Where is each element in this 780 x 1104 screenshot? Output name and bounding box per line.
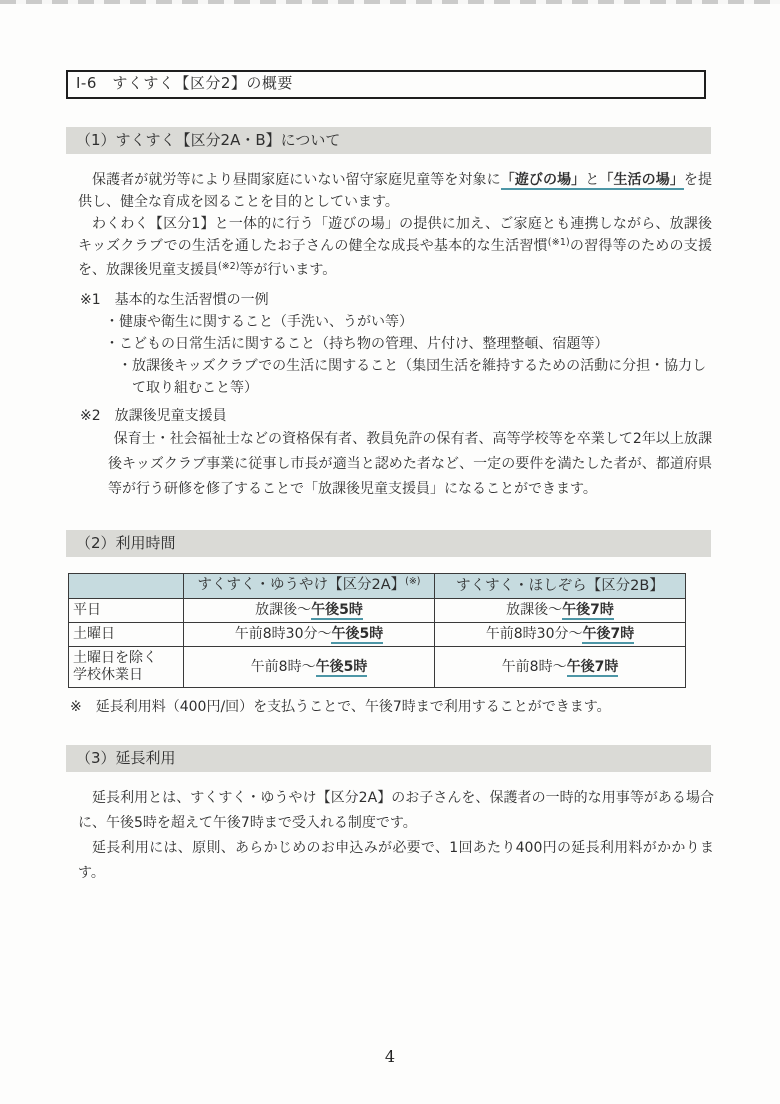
saturday-2a-start: 午前8時30分～	[235, 626, 332, 642]
row-weekday-label: 平日	[69, 599, 184, 623]
section1-heading-text: （1）すくすく【区分2A・B】について	[76, 131, 340, 149]
footnote1-heading: ※1 基本的な生活習慣の一例	[80, 289, 716, 311]
para2-footnote-ref-2: (※2)	[218, 261, 239, 272]
hours-table-col-2b-header: すくすく・ほしぞら【区分2B】	[435, 574, 686, 599]
holiday-2b-start: 午前8時～	[502, 659, 567, 675]
section3-paragraph2: 延長利用には、原則、あらかじめのお申込みが必要で、1回あたり400円の延長利用料…	[78, 836, 714, 886]
weekday-2b-hours: 放課後～午後7時	[435, 599, 686, 623]
holiday-2b-end: 午後7時	[567, 659, 619, 677]
document-title-box: I-6 すくすく【区分2】の概要	[66, 70, 706, 99]
col-2a-footnote-ref: (※)	[405, 576, 420, 587]
footnote2-body: 保育士・社会福祉士などの資格保有者、教員免許の保有者、高等学校等を卒業して2年以…	[108, 427, 712, 502]
hours-table-header-row: すくすく・ゆうやけ【区分2A】(※) すくすく・ほしぞら【区分2B】	[69, 574, 686, 599]
para1-lead: 保護者が就労等により昼間家庭にいない留守家庭児童等を対象に	[92, 172, 501, 188]
hours-table-col-2a-header: すくすく・ゆうやけ【区分2A】(※)	[184, 574, 435, 599]
footnote2-block: ※2 放課後児童支援員 保育士・社会福祉士などの資格保有者、教員免許の保有者、高…	[80, 405, 716, 502]
col-2b-label: すくすく・ほしぞら【区分2B】	[456, 578, 664, 594]
para1-conjunction: と	[585, 172, 599, 190]
section2-heading: （2）利用時間	[66, 530, 711, 557]
weekday-2b-start: 放課後～	[506, 602, 562, 618]
section1-heading: （1）すくすく【区分2A・B】について	[66, 127, 711, 154]
col-2a-label: すくすく・ゆうやけ【区分2A】	[197, 577, 405, 593]
row-school-holiday-label: 土曜日を除く 学校休業日	[69, 647, 184, 688]
saturday-2a-hours: 午前8時30分～午後5時	[184, 623, 435, 647]
para1-emphasis-life: 「生活の場」	[599, 172, 684, 190]
page-number: 4	[0, 1047, 780, 1066]
para2-footnote-ref-1: (※1)	[548, 237, 570, 248]
section2-heading-text: （2）利用時間	[76, 534, 176, 552]
section3-heading: （3）延長利用	[66, 745, 711, 772]
hours-row-weekday: 平日 放課後～午後5時 放課後～午後7時	[69, 599, 686, 623]
document-title: I-6 すくすく【区分2】の概要	[76, 74, 293, 92]
scan-artifact-top-edge	[0, 0, 780, 4]
hours-row-saturday: 土曜日 午前8時30分～午後5時 午前8時30分～午後7時	[69, 623, 686, 647]
weekday-2b-end: 午後7時	[562, 602, 614, 620]
saturday-2b-hours: 午前8時30分～午後7時	[435, 623, 686, 647]
hours-table: すくすく・ゆうやけ【区分2A】(※) すくすく・ほしぞら【区分2B】 平日 放課…	[68, 573, 686, 688]
footnote1-item-club-life: ・放課後キッズクラブでの生活に関すること（集団生活を維持するための活動に分担・協…	[118, 355, 718, 399]
weekday-2a-end: 午後5時	[311, 602, 363, 620]
holiday-2a-end: 午後5時	[316, 659, 368, 677]
footnote2-heading: ※2 放課後児童支援員	[80, 405, 716, 427]
holiday-2a-start: 午前8時～	[251, 659, 316, 675]
para1-emphasis-play: 「遊びの場」	[501, 172, 586, 190]
footnote1-list: ・健康や衛生に関すること（手洗い、うがい等） ・こどもの日常生活に関すること（持…	[105, 311, 705, 399]
footnote1-block: ※1 基本的な生活習慣の一例 ・健康や衛生に関すること（手洗い、うがい等） ・こ…	[80, 289, 716, 399]
section1-paragraph2: わくわく【区分1】と一体的に行う「遊びの場」の提供に加え、ご家庭とも連携しながら…	[78, 213, 712, 283]
section3-paragraph1: 延長利用とは、すくすく・ゆうやけ【区分2A】のお子さんを、保護者の一時的な用事等…	[78, 786, 714, 836]
hours-table-corner-cell	[69, 574, 184, 599]
row-saturday-label: 土曜日	[69, 623, 184, 647]
footnote1-item-health: ・健康や衛生に関すること（手洗い、うがい等）	[105, 311, 705, 333]
weekday-2a-start: 放課後～	[255, 602, 311, 618]
section1-paragraph1: 保護者が就労等により昼間家庭にいない留守家庭児童等を対象に「遊びの場」と「生活の…	[78, 169, 712, 213]
weekday-2a-hours: 放課後～午後5時	[184, 599, 435, 623]
document-page: I-6 すくすく【区分2】の概要 （1）すくすく【区分2A・B】について 保護者…	[0, 0, 780, 1104]
para2-text3: 等が行います。	[239, 262, 336, 278]
saturday-2a-end: 午後5時	[331, 626, 383, 644]
footnote1-item-daily-life: ・こどもの日常生活に関すること（持ち物の管理、片付け、整理整頓、宿題等）	[105, 333, 705, 355]
section3-heading-text: （3）延長利用	[76, 749, 176, 767]
hours-row-school-holiday: 土曜日を除く 学校休業日 午前8時～午後5時 午前8時～午後7時	[69, 647, 686, 688]
hours-table-footnote: ※ 延長利用料（400円/回）を支払うことで、午後7時まで利用することができます…	[70, 697, 716, 717]
saturday-2b-start: 午前8時30分～	[486, 626, 583, 642]
holiday-2a-hours: 午前8時～午後5時	[184, 647, 435, 688]
holiday-2b-hours: 午前8時～午後7時	[435, 647, 686, 688]
saturday-2b-end: 午後7時	[582, 626, 634, 644]
